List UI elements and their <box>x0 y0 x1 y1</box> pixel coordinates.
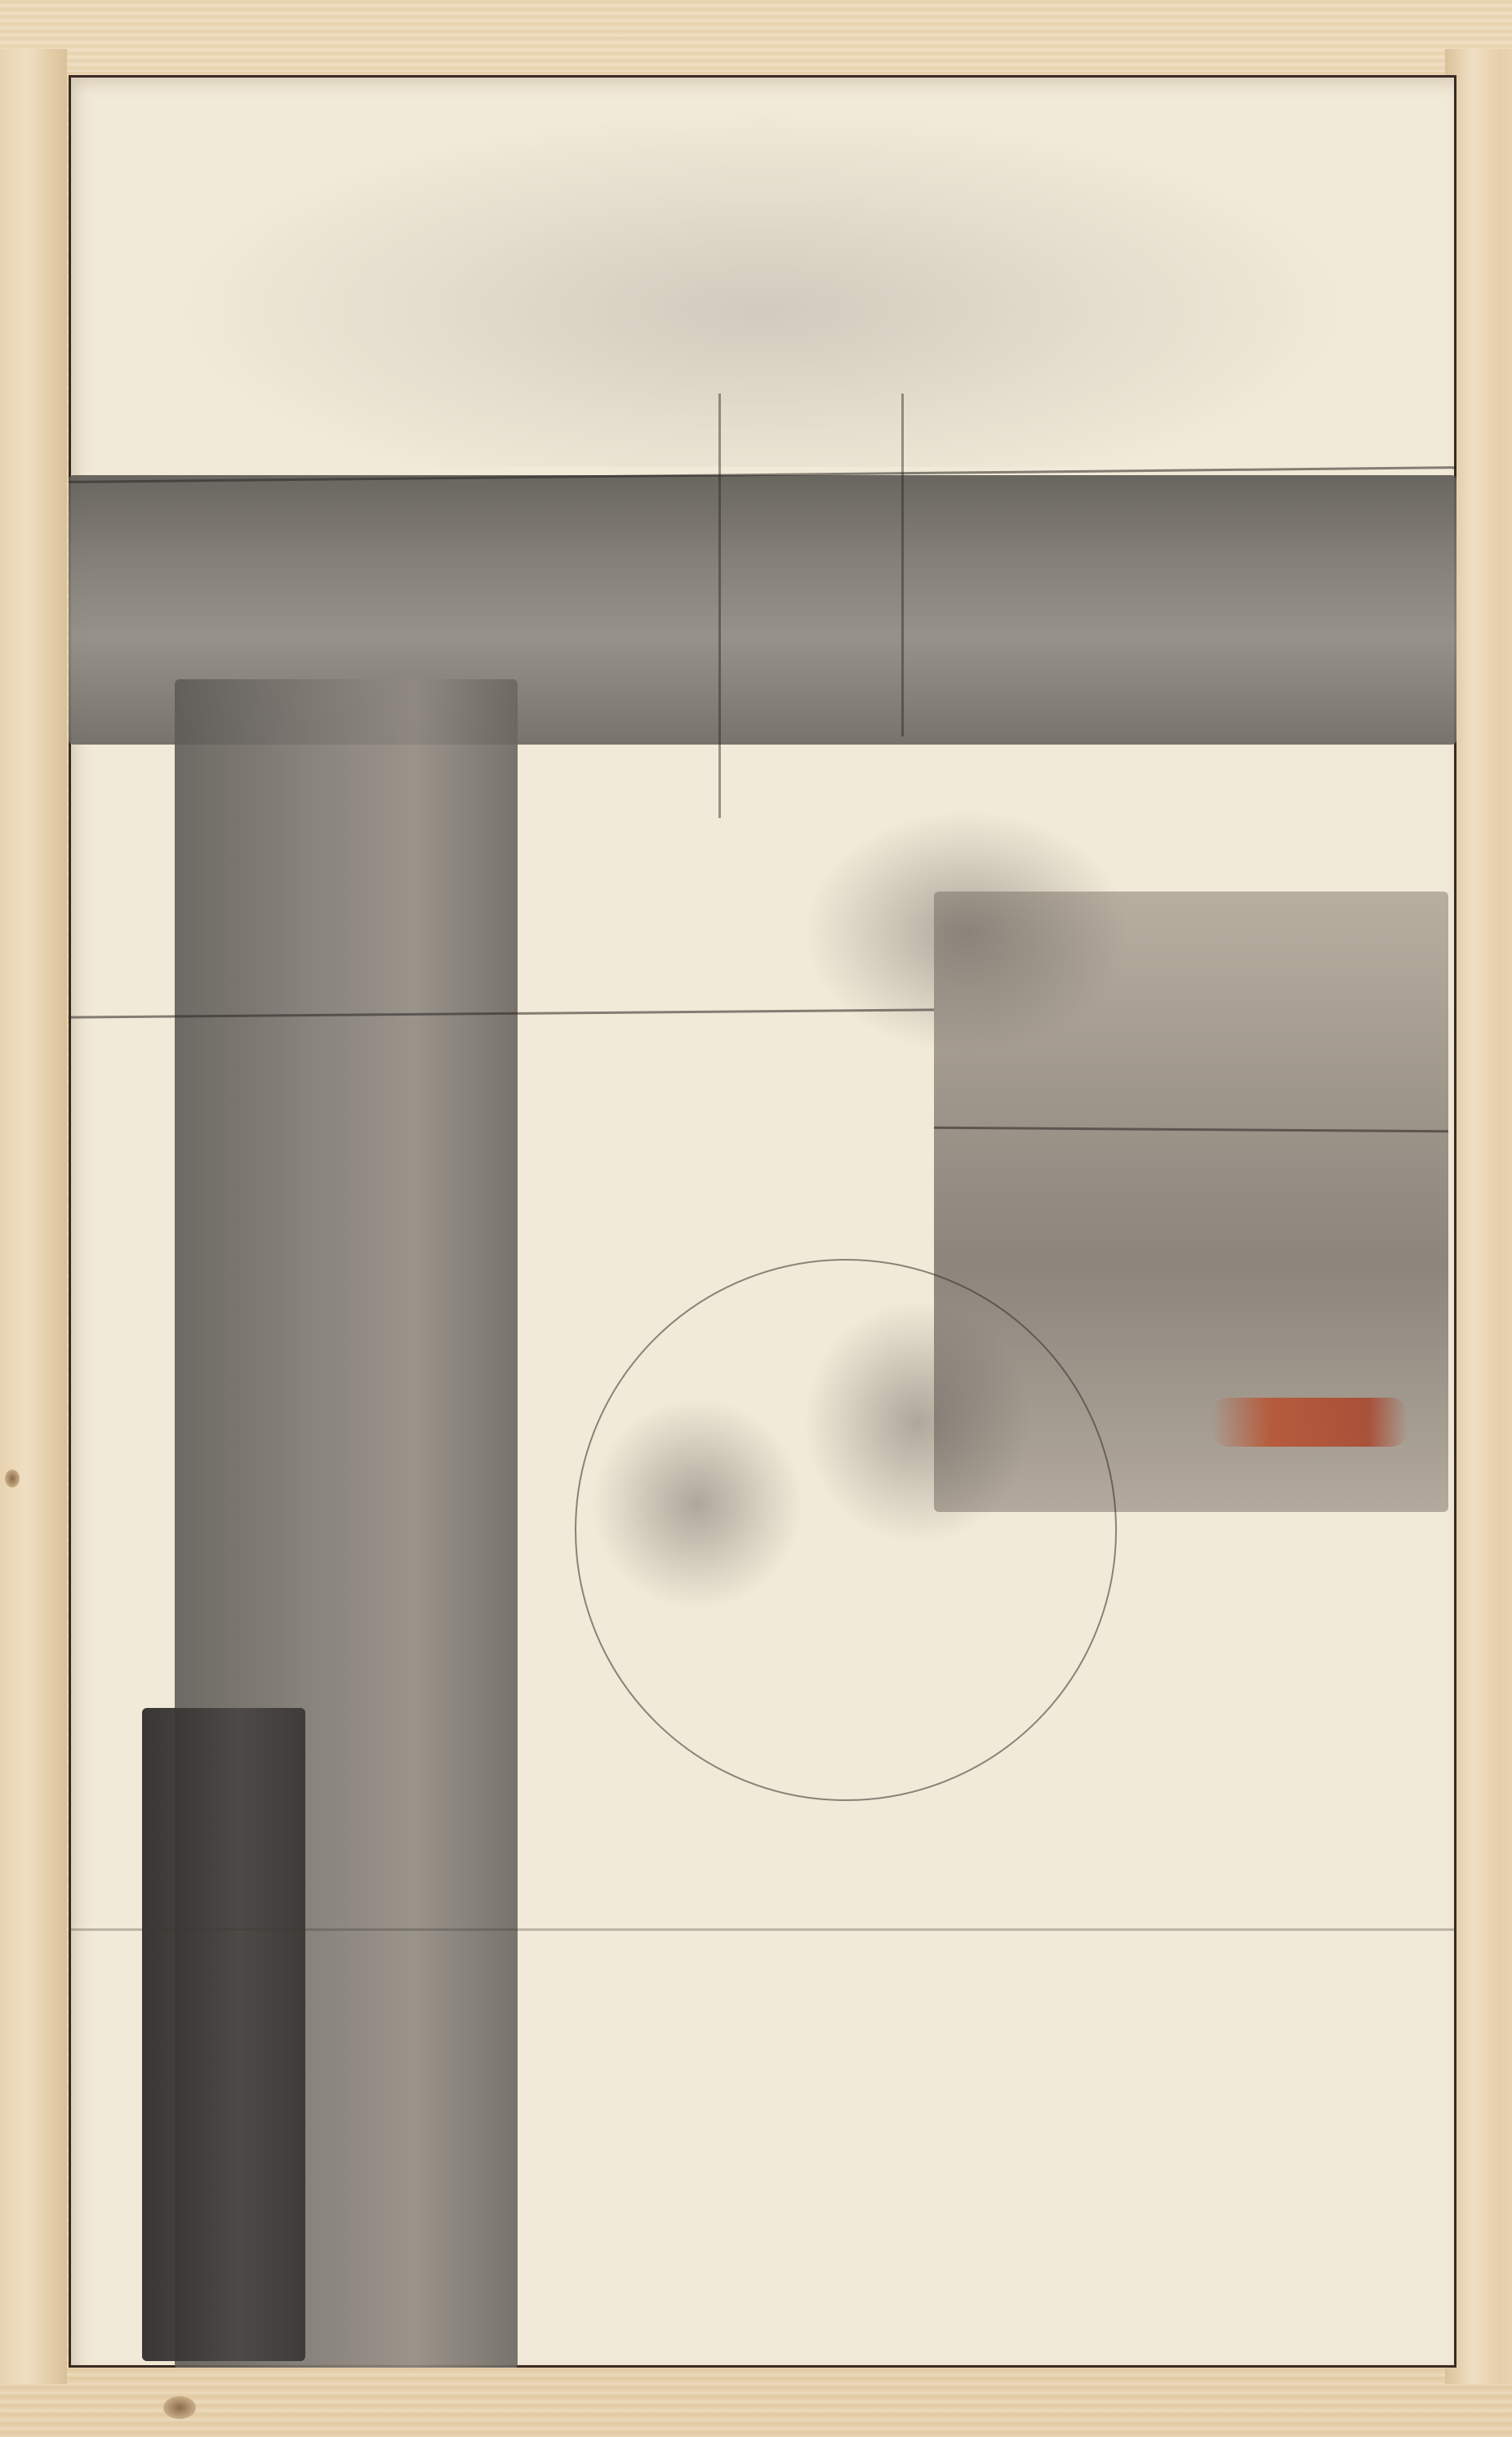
incised-line <box>718 394 721 818</box>
incised-line <box>69 1928 1456 1931</box>
gray-stain <box>803 810 1130 1055</box>
gray-stain <box>591 1398 803 1610</box>
frame-top-rail <box>0 0 1512 72</box>
dark-ink-column <box>142 1708 305 2361</box>
gray-stain <box>803 1300 1032 1545</box>
painting-canvas <box>69 75 1456 2368</box>
frame-left-rail <box>0 49 67 2384</box>
upper-light-wash <box>69 75 1456 467</box>
frame-bottom-rail <box>0 2365 1512 2437</box>
wood-knot <box>163 2396 196 2419</box>
rust-red-mark <box>1212 1398 1407 1447</box>
incised-line <box>901 394 904 736</box>
wood-knot <box>5 1470 20 1488</box>
